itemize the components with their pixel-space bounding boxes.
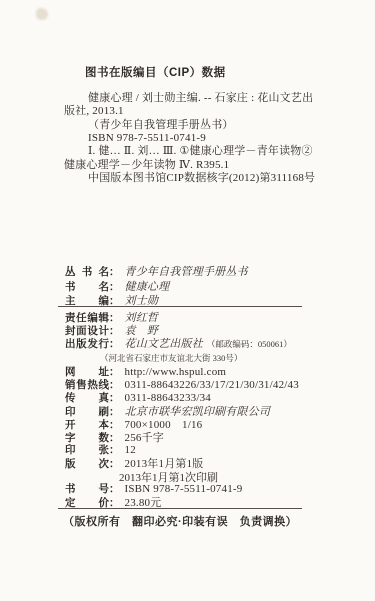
row-label: 书名 bbox=[65, 279, 109, 294]
editor-row: 责任编辑： 刘红哲 bbox=[65, 309, 365, 322]
sales-hotline-row: 销售热线： 0311-88643226/33/17/21/30/31/42/43 bbox=[65, 377, 365, 390]
cip-line: Ⅰ. 健… Ⅱ. 刘… Ⅲ. ①健康心理学－青年读物② bbox=[64, 145, 314, 158]
printer-row: 印刷： 北京市联华宏凯印刷有限公司 bbox=[65, 403, 365, 416]
book-meta-rows: 丛书名： 青少年自我管理手册丛书 书名： 健康心理 主编： 刘士勋 bbox=[65, 263, 365, 307]
publishing-rows: 责任编辑： 刘红哲 封面设计： 袁 野 出版发行： 花山文艺出版社 （邮政编码：… bbox=[65, 309, 365, 507]
price-row: 定价： 23.80元 bbox=[65, 494, 365, 507]
label-colon: ： bbox=[109, 390, 120, 405]
cip-heading: 图书在版编目（CIP）数据 bbox=[85, 64, 226, 80]
printing-run-row: 2013年1月第1次印刷 bbox=[65, 468, 365, 481]
publisher-row: 出版发行： 花山文艺出版社 （邮政编码：050061） bbox=[65, 335, 365, 348]
divider bbox=[58, 508, 302, 510]
cip-line: 中国版本图书馆CIP数据核字(2012)第311168号 bbox=[64, 172, 314, 185]
edition-row: 版次： 2013年1月第1版 bbox=[65, 455, 365, 468]
cover-design-row: 封面设计： 袁 野 bbox=[65, 322, 365, 335]
row-value: 0311-88643226/33/17/21/30/31/42/43 bbox=[125, 379, 299, 391]
cip-line: 版社, 2013.1 bbox=[64, 105, 314, 118]
copyright-page-scan: 图书在版编目（CIP）数据 健康心理 / 刘士勋主编. -- 石家庄 : 花山文… bbox=[0, 0, 375, 601]
label-colon: ： bbox=[109, 264, 120, 279]
label-colon: ： bbox=[109, 442, 120, 457]
isbn-row: 书号： ISBN 978-7-5511-0741-9 bbox=[65, 481, 365, 494]
copyright-notice: （版权所有 翻印必究·印装有误 负责调换） bbox=[63, 513, 297, 529]
divider bbox=[58, 306, 302, 308]
fax-row: 传真： 0311-88643233/34 bbox=[65, 390, 365, 403]
row-value: 青少年自我管理手册丛书 bbox=[125, 263, 248, 279]
row-value: 256千字 bbox=[125, 429, 165, 445]
series-name-row: 丛书名： 青少年自我管理手册丛书 bbox=[65, 263, 365, 278]
cip-line: 健康心理学－少年读物 Ⅳ. R395.1 bbox=[64, 159, 314, 172]
cip-record: 健康心理 / 刘士勋主编. -- 石家庄 : 花山文艺出 版社, 2013.1 … bbox=[64, 92, 314, 185]
cip-line: ISBN 978-7-5511-0741-9 bbox=[64, 132, 314, 145]
website-url: http://www.hspul.com bbox=[125, 366, 227, 378]
row-label: 书号 bbox=[65, 481, 109, 496]
book-title-row: 书名： 健康心理 bbox=[65, 278, 365, 293]
website-row: 网址： http://www.hspul.com bbox=[65, 364, 365, 377]
word-count-row: 字数： 256千字 bbox=[65, 429, 365, 442]
row-label: 传真 bbox=[65, 390, 109, 405]
row-label: 印张 bbox=[65, 442, 109, 457]
label-colon: ： bbox=[109, 279, 120, 294]
publisher-address: （河北省石家庄市友谊北大街 330号） bbox=[65, 353, 242, 363]
label-colon: ： bbox=[109, 481, 120, 496]
cip-line: （青少年自我管理手册丛书） bbox=[64, 119, 314, 132]
publisher-address-row: （河北省石家庄市友谊北大街 330号） bbox=[65, 348, 365, 361]
row-label: 丛书名 bbox=[65, 264, 109, 279]
row-value: 健康心理 bbox=[125, 278, 170, 294]
scan-artifact bbox=[36, 8, 48, 20]
cip-line: 健康心理 / 刘士勋主编. -- 石家庄 : 花山文艺出 bbox=[64, 92, 314, 105]
sheet-count-row: 印张： 12 bbox=[65, 442, 365, 455]
